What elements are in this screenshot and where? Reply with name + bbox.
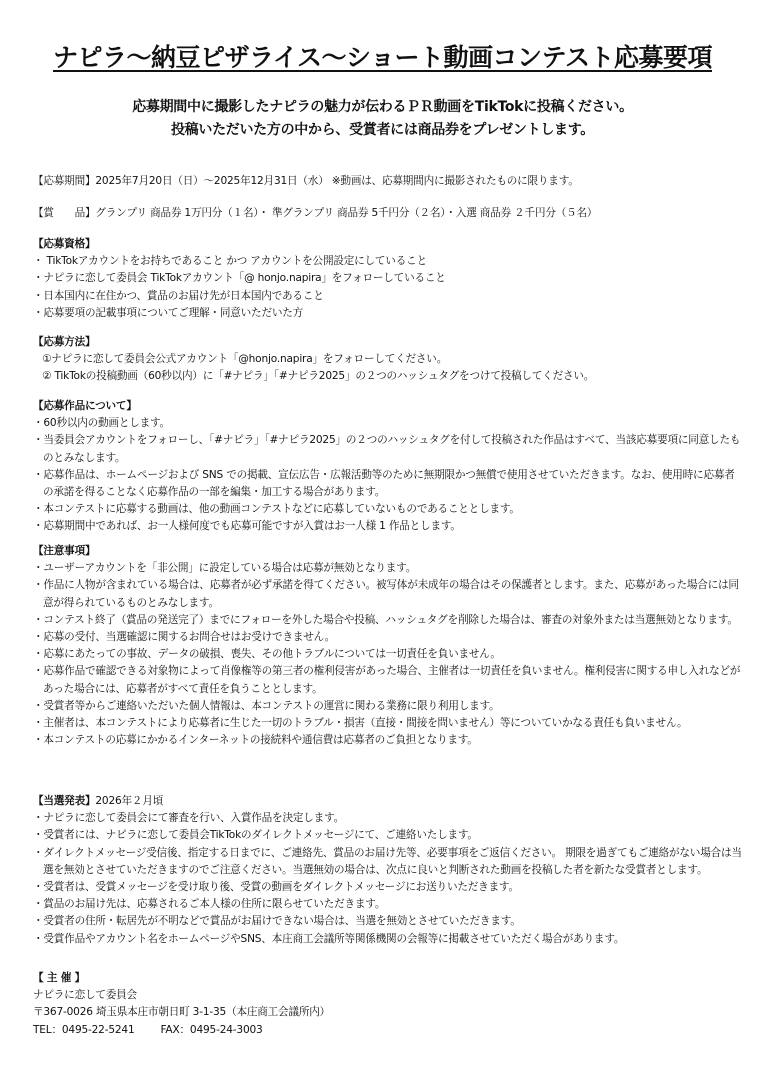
list-item: ・コンテスト終了（賞品の発送完了）までにフォローを外した場合や投稿、ハッシュタグ… xyxy=(33,612,743,629)
method-label: 【応募方法】 xyxy=(33,334,743,351)
list-item: ・主催者は、本コンテストにより応募者に生じた一切のトラブル・損害（直接・間接を問… xyxy=(33,715,743,732)
announcement-label: 【当選発表】 xyxy=(33,795,95,807)
list-item: ② TikTokの投稿動画（60秒以内）に「#ナピラ」「#ナピラ2025」の２つ… xyxy=(33,368,743,385)
list-item: ・応募作品は、ホームページおよび SNS での掲載、宣伝広告・広報活動等のために… xyxy=(33,467,743,501)
list-item: ・受賞者の住所・転居先が不明などで賞品がお届けできない場合は、当選を無効とさせて… xyxy=(33,913,743,930)
list-item: ・応募要項の記載事項についてご理解・同意いただいた方 xyxy=(33,305,743,322)
list-item: ・受賞者には、ナピラに恋して委員会TikTokのダイレクトメッセージにて、ご連絡… xyxy=(33,827,743,844)
organizer-tel: TEL：0495-22-5241 xyxy=(33,1024,135,1036)
section-method: 【応募方法】 ①ナピラに恋して委員会公式アカウント「@honjo.napira」… xyxy=(33,334,743,386)
list-item: ・本コンテストに応募する動画は、他の動画コンテストなどに応募していないものである… xyxy=(33,501,743,518)
list-item: ・応募の受付、当選確認に関するお問合せはお受けできません。 xyxy=(33,629,743,646)
list-item: ・応募にあたっての事故、データの破損、喪失、その他トラブルについては一切責任を負… xyxy=(33,646,743,663)
prizes-text: グランプリ 商品券 1万円分（１名）・ 準グランプリ 商品券 5千円分（２名）・… xyxy=(95,207,597,219)
announcement-date: 2026年２月頃 xyxy=(95,795,163,807)
works-label: 【応募作品について】 xyxy=(33,398,743,415)
list-item: ・ユーザーアカウントを「非公開」に設定している場合は応募が無効となります。 xyxy=(33,560,743,577)
list-item: ・応募作品で確認できる対象物によって肖像権等の第三者の権利侵害があった場合、主催… xyxy=(33,663,743,697)
section-period: 【応募期間】2025年7月20日（日）～2025年12月31日（水） ※動画は、… xyxy=(33,173,743,190)
lead-text-1: 応募期間中に撮影したナピラの魅力が伝わるＰＲ動画をTikTokに投稿ください。 xyxy=(0,96,765,116)
prizes-label: 【賞 品】 xyxy=(33,207,95,219)
period-text: 2025年7月20日（日）～2025年12月31日（水） ※動画は、応募期間内に… xyxy=(95,175,578,187)
page-title: ナピラ～納豆ピザライス～ショート動画コンテスト応募要項 xyxy=(0,38,765,74)
list-item: ・ダイレクトメッセージ受信後、指定する日までに、ご連絡先、賞品のお届け先等、必要… xyxy=(33,845,743,879)
list-item: ・応募期間中であれば、お一人様何度でも応募可能ですが入賞はお一人様 1 作品とし… xyxy=(33,518,743,535)
list-item: ・ TikTokアカウントをお持ちであること かつ アカウントを公開設定にしてい… xyxy=(33,253,743,270)
list-item: ・受賞者等からご連絡いただいた個人情報は、本コンテストの運営に関わる業務に限り利… xyxy=(33,698,743,715)
organizer-label: 【 主 催 】 xyxy=(33,970,743,987)
section-prizes: 【賞 品】グランプリ 商品券 1万円分（１名）・ 準グランプリ 商品券 5千円分… xyxy=(33,205,743,222)
section-works: 【応募作品について】 ・60秒以内の動画とします。 ・当委員会アカウントをフォロ… xyxy=(33,398,743,536)
list-item: ・60秒以内の動画とします。 xyxy=(33,415,743,432)
list-item: ①ナピラに恋して委員会公式アカウント「@honjo.napira」をフォローして… xyxy=(33,351,743,368)
organizer-fax: FAX：0495-24-3003 xyxy=(161,1024,263,1036)
list-item: ・受賞者は、受賞メッセージを受け取り後、受賞の動画をダイレクトメッセージにお送り… xyxy=(33,879,743,896)
section-organizer: 【 主 催 】 ナピラに恋して委員会 〒367-0026 埼玉県本庄市朝日町 3… xyxy=(33,970,743,1039)
organizer-address: 〒367-0026 埼玉県本庄市朝日町 3-1-35（本庄商工会議所内） xyxy=(33,1004,743,1021)
section-announcement: 【当選発表】2026年２月頃 ・ナピラに恋して委員会にて審査を行い、入賞作品を決… xyxy=(33,793,743,948)
period-label: 【応募期間】 xyxy=(33,175,95,187)
list-item: ・日本国内に在住かつ、賞品のお届け先が日本国内であること xyxy=(33,288,743,305)
notes-label: 【注意事項】 xyxy=(33,543,743,560)
list-item: ・賞品のお届け先は、応募されるご本人様の住所に限らせていただきます。 xyxy=(33,896,743,913)
section-eligibility: 【応募資格】 ・ TikTokアカウントをお持ちであること かつ アカウントを公… xyxy=(33,236,743,322)
list-item: ・ナピラに恋して委員会 TikTokアカウント「@ honjo.napira」を… xyxy=(33,270,743,287)
list-item: ・受賞作品やアカウント名をホームページやSNS、本庄商工会議所等関係機関の会報等… xyxy=(33,931,743,948)
section-notes: 【注意事項】 ・ユーザーアカウントを「非公開」に設定している場合は応募が無効とな… xyxy=(33,543,743,749)
list-item: ・ナピラに恋して委員会にて審査を行い、入賞作品を決定します。 xyxy=(33,810,743,827)
organizer-name: ナピラに恋して委員会 xyxy=(33,987,743,1004)
list-item: ・作品に人物が含まれている場合は、応募者が必ず承諾を得てください。被写体が未成年… xyxy=(33,577,743,611)
list-item: ・本コンテストの応募にかかるインターネットの接続料や通信費は応募者のご負担となり… xyxy=(33,732,743,749)
eligibility-label: 【応募資格】 xyxy=(33,236,743,253)
lead-text-2: 投稿いただいた方の中から、受賞者には商品券をプレゼントします。 xyxy=(0,119,765,139)
list-item: ・当委員会アカウントをフォローし、「#ナピラ」「#ナピラ2025」の２つのハッシ… xyxy=(33,432,743,466)
